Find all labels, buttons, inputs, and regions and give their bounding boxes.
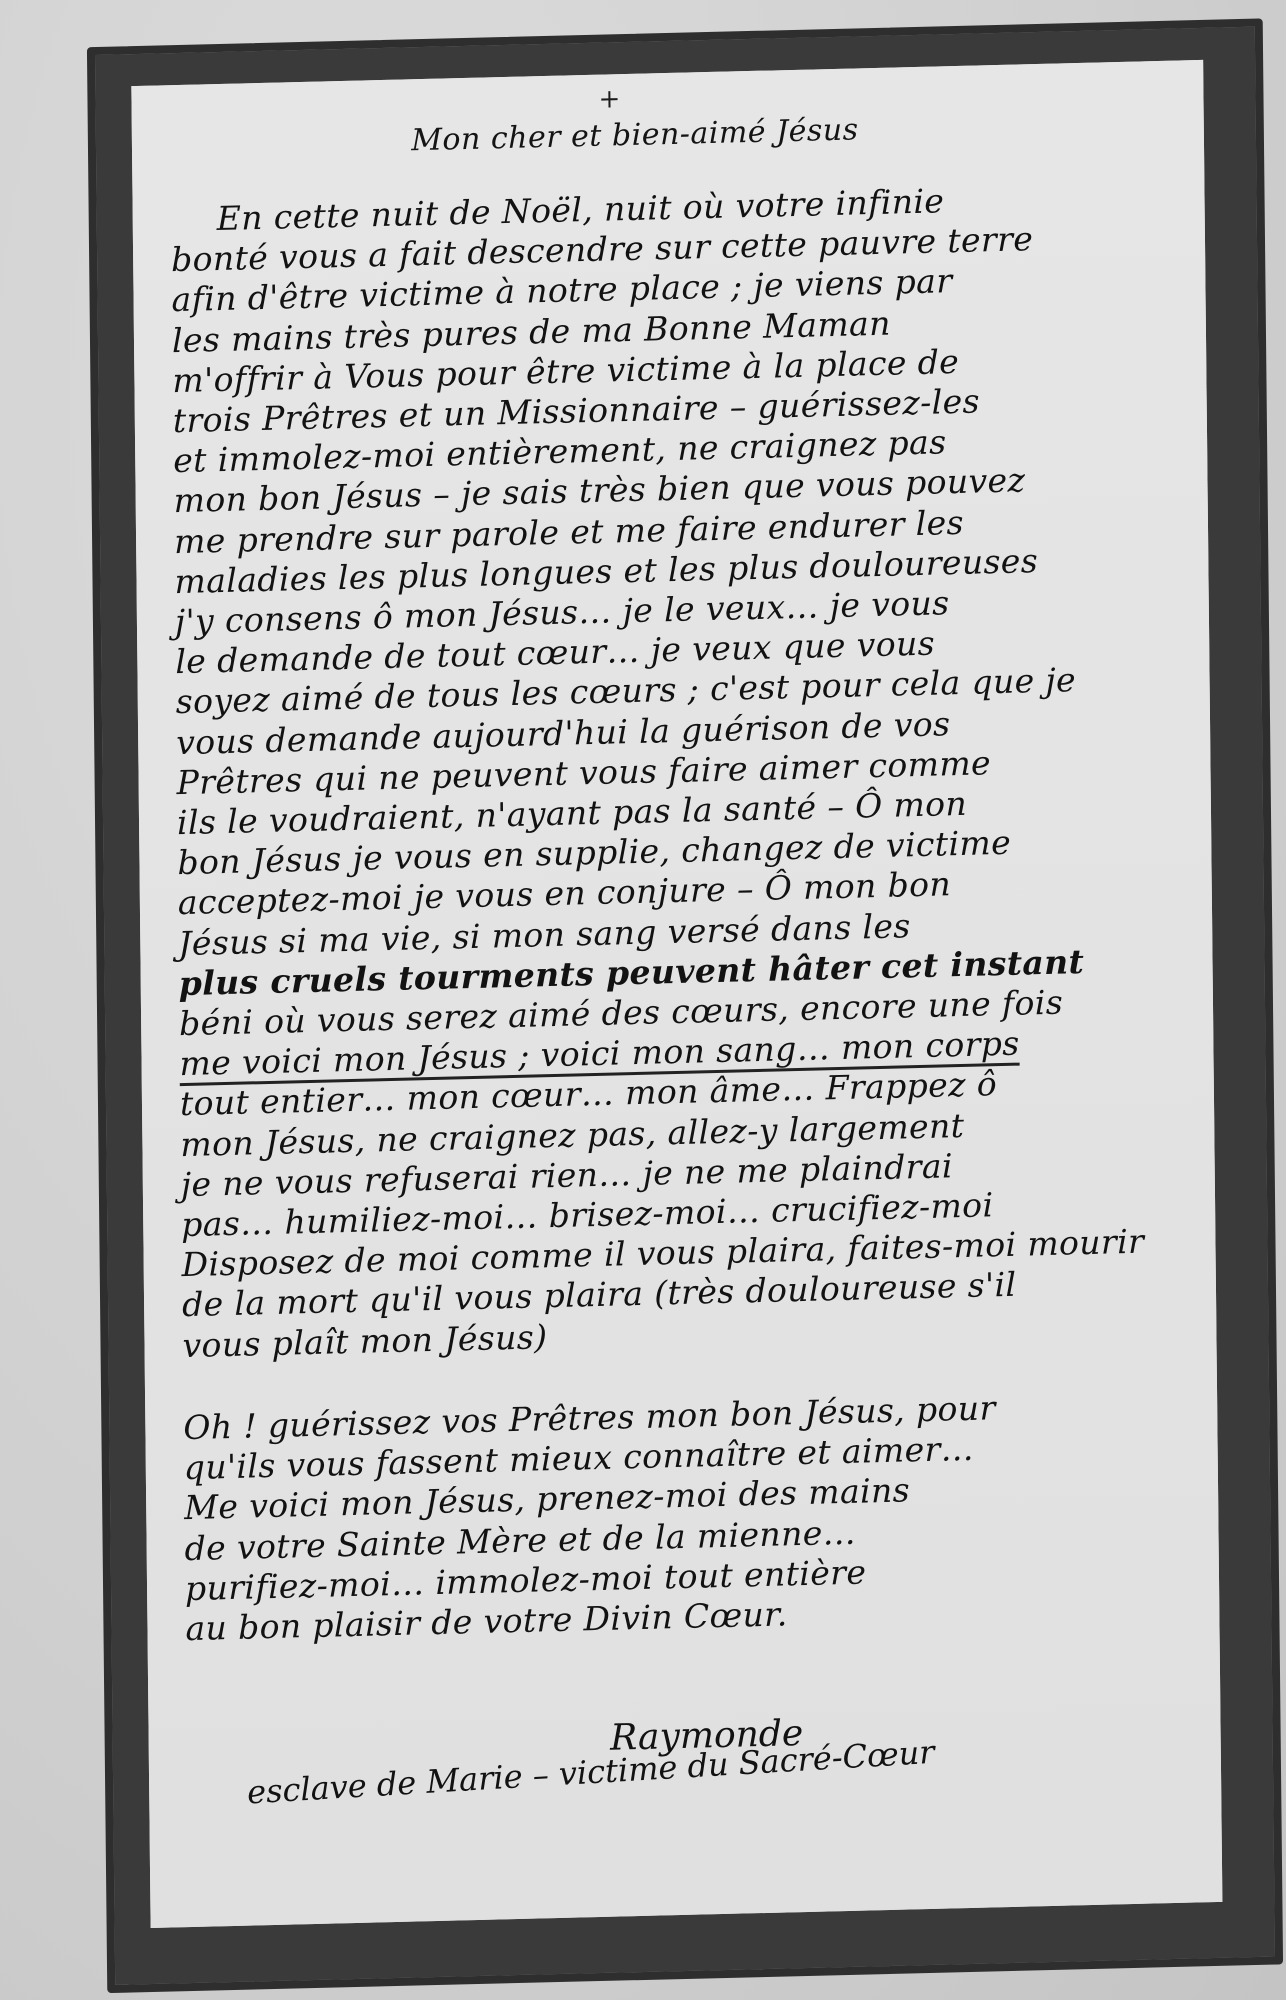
letter-paragraph-2: Oh ! guérissez vos Prêtres mon bon Jésus… <box>183 1384 1185 1650</box>
letter-page: + Mon cher et bien-aimé Jésus En cette n… <box>131 60 1222 1928</box>
signature-block: Raymonde esclave de Marie – victime du S… <box>186 1699 1187 1817</box>
mourning-border-frame: + Mon cher et bien-aimé Jésus En cette n… <box>95 27 1275 1985</box>
letter-paragraph-1: En cette nuit de Noël, nuit où votre inf… <box>171 176 1183 1366</box>
